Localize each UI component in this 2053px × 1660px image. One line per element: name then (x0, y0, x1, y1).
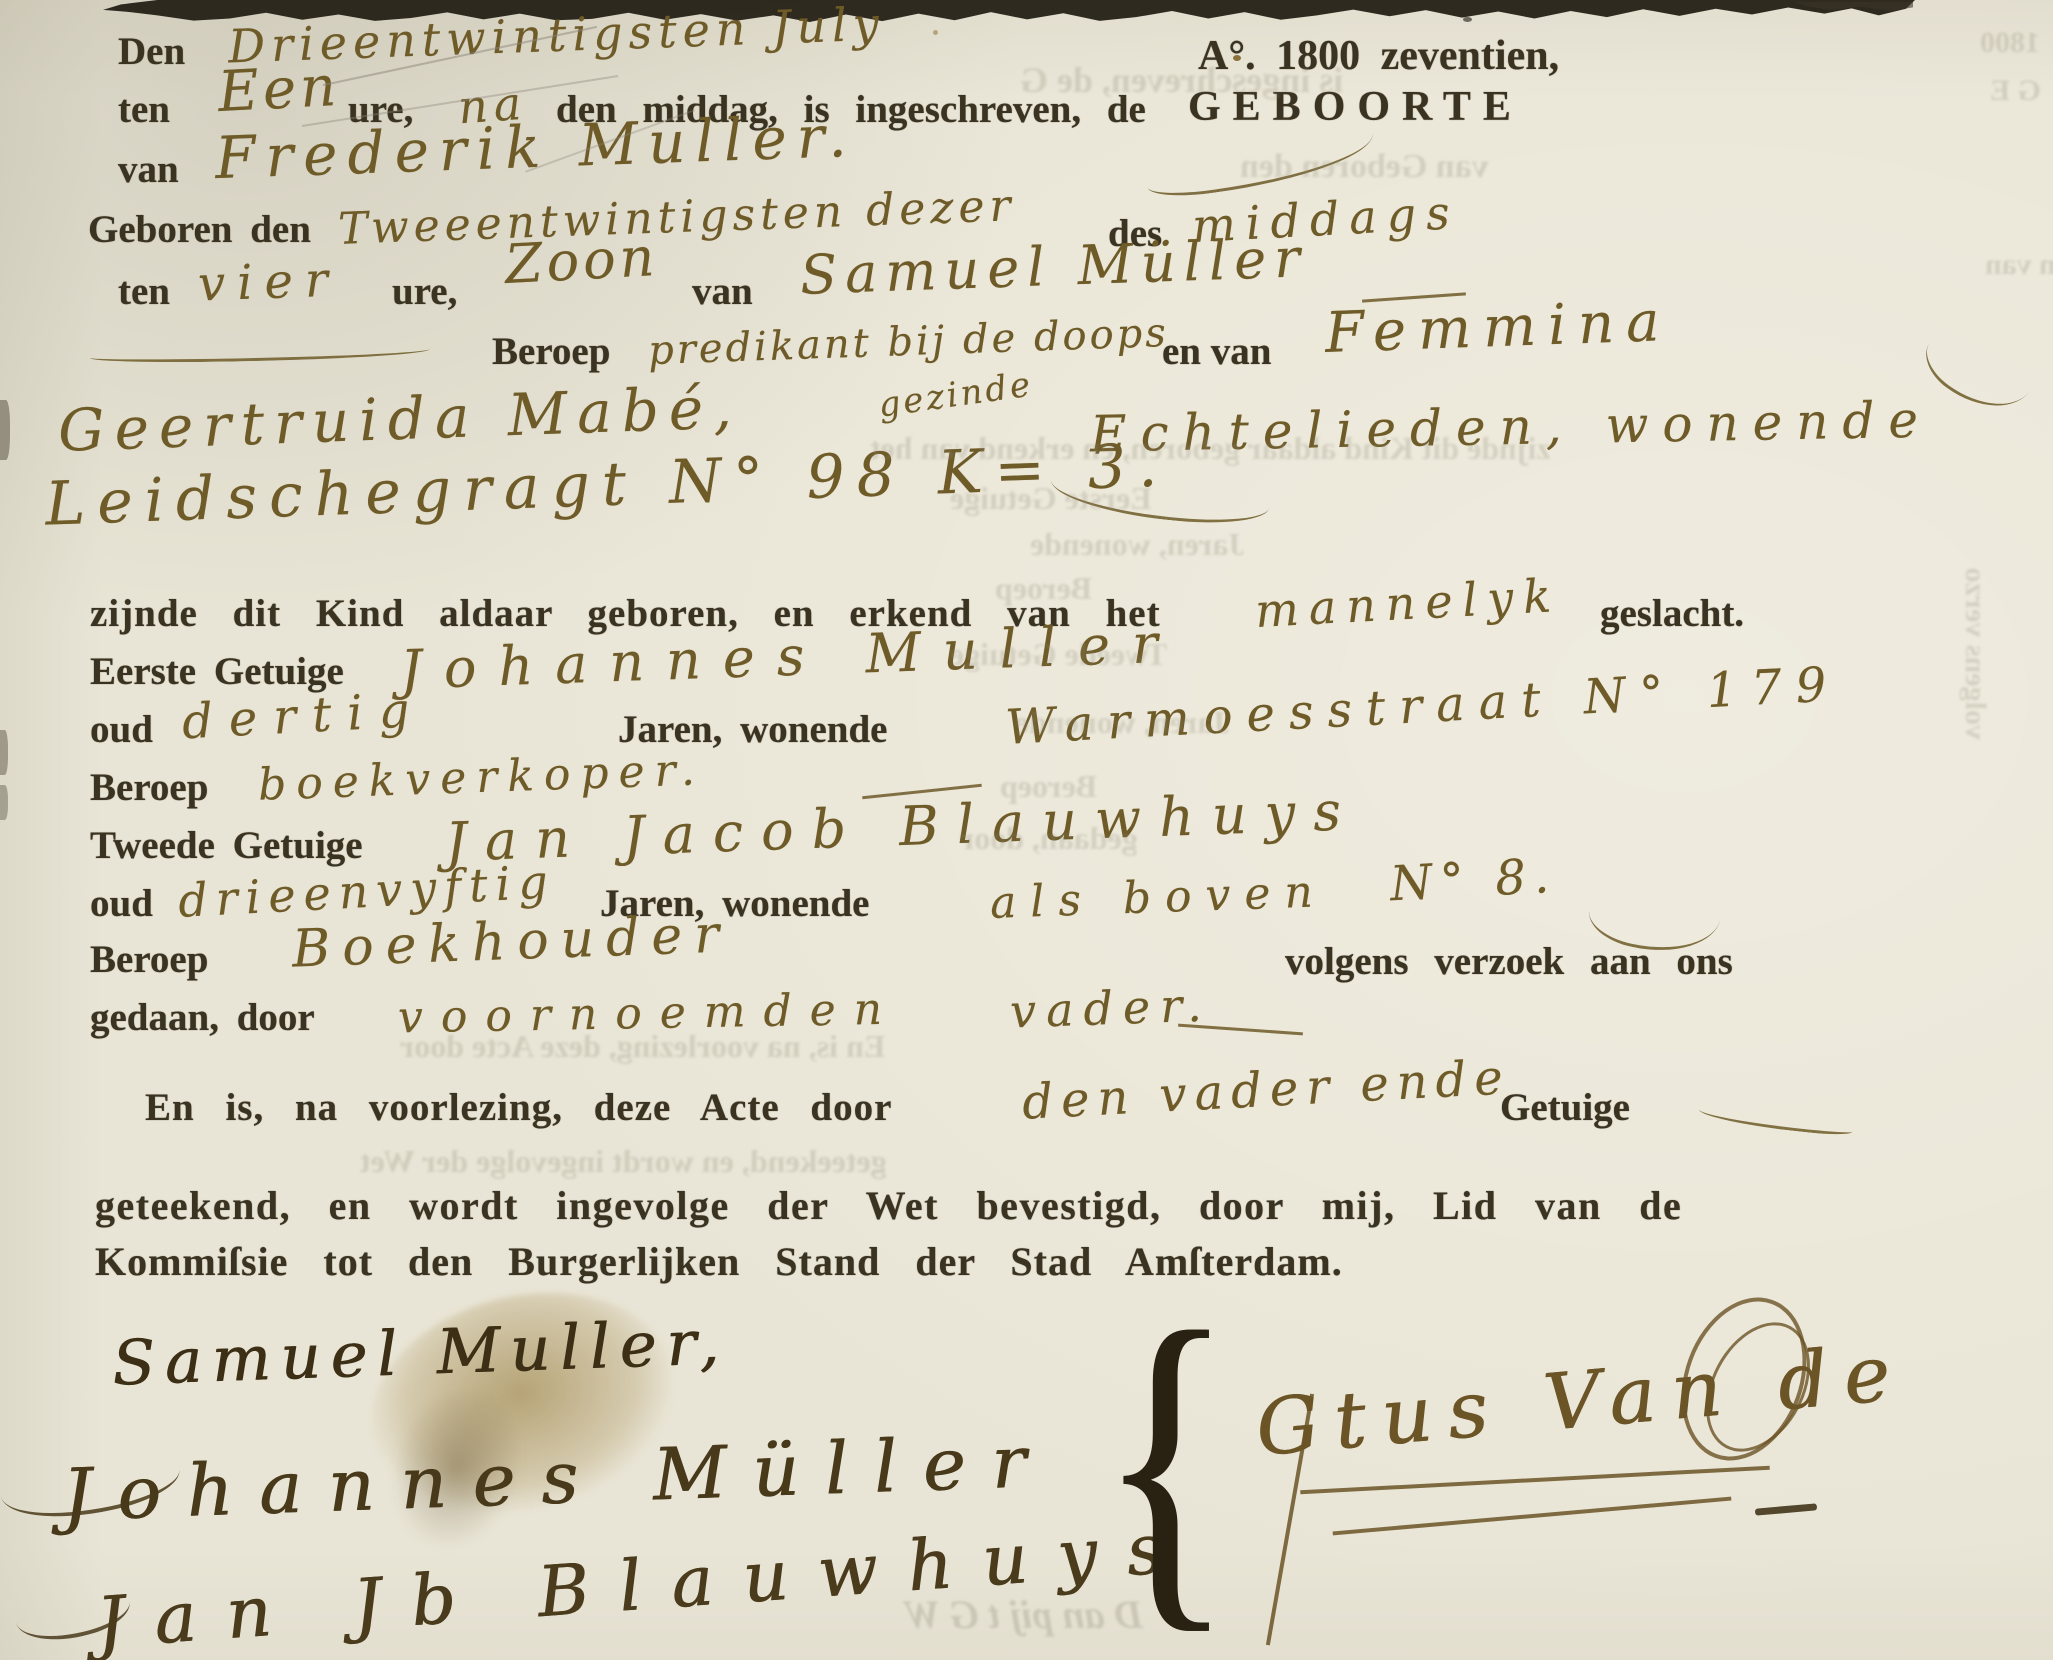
ink-speck (1463, 17, 1472, 22)
handwritten-registration-hour: Een (217, 59, 342, 121)
pen-stroke-official-tick (1755, 1503, 1817, 1515)
printed-label-oud2: oud (90, 884, 153, 923)
handwritten-witness2-beroep: Boekhouder (291, 908, 732, 975)
handwritten-witness2-address: als boven (989, 870, 1327, 926)
printed-label-gedaan-door: gedaan, door (90, 998, 315, 1037)
scan-edge-mark (0, 730, 8, 775)
printed-getuige: Getuige (1500, 1088, 1630, 1127)
document-page: Den Drieentwintigsten July A°. 1800 zeve… (0, 0, 2053, 1660)
handwritten-father-beroep-interlined: gezinde (876, 367, 1035, 422)
bleedthrough-text: Eerste Getuige (950, 482, 1152, 514)
handwritten-sex: mannelyk (1254, 572, 1562, 634)
bleedthrough-text: 1800 (1980, 28, 2040, 58)
handwritten-mother-first-name: Femmina (1324, 294, 1672, 362)
bleedthrough-text: Beroep (995, 572, 1092, 604)
bleedthrough-text: Beroep (1000, 770, 1097, 802)
printed-label-van: van (118, 150, 179, 189)
bleedthrough-text: Jaren, wonende (1015, 706, 1230, 738)
printed-label-eerste-getuige: Eerste Getuige (90, 652, 344, 691)
printed-label-beroep2: Beroep (90, 768, 208, 807)
bleedthrough-text: geteekend, en wordt ingevolge der Wet (360, 1145, 887, 1177)
printed-volgens-verzoek: volgens verzoek aan ons (1285, 942, 1733, 981)
bleedthrough-text: zijnde dit Kind aldaar geboren, en erken… (870, 432, 1551, 464)
ink-speck (933, 30, 938, 35)
handwritten-zoon: Zoon (504, 230, 660, 292)
printed-label-van2: van (692, 272, 753, 311)
handwritten-father-name: Samuel Müller (799, 231, 1309, 303)
handwritten-father-beroep: predikant bij de doops (647, 313, 1169, 371)
printed-label-oud: oud (90, 710, 153, 749)
bleedthrough-text: Tweede Getuige (950, 638, 1167, 670)
bleedthrough-text: D an pij t G W (905, 1595, 1143, 1635)
handwritten-witness1-age: dertig (181, 686, 427, 747)
handwritten-witness1-beroep: boekverkoper. (257, 748, 705, 808)
signature-witness1: Johannes Müller (61, 1425, 1053, 1532)
bleedthrough-text: En is, na voorlezing, deze Acte door (400, 1030, 885, 1062)
printed-geslacht: geslacht. (1600, 594, 1744, 633)
ink-speck (1233, 55, 1241, 61)
printed-label-den: Den (118, 32, 185, 71)
pen-stroke-filler (90, 343, 430, 364)
printed-label-ten: ten (118, 90, 170, 129)
printed-label-tweede-getuige: Tweede Getuige (90, 826, 363, 865)
handwritten-birth-hour: vier (197, 256, 340, 309)
printed-geteekend-line: geteekend, en wordt ingevolge der Wet be… (95, 1186, 1682, 1226)
printed-label-beroep: Beroep (492, 332, 610, 371)
bleedthrough-text: is ingeschreven, de G (1020, 62, 1343, 98)
handwritten-mother-rest-name: Geertruida Mabé, (57, 378, 742, 460)
handwritten-witness2-housenumber: N° 8. (1389, 852, 1558, 909)
printed-label-ure2: ure, (392, 272, 457, 311)
pen-stroke-wonende-tail (1914, 305, 2046, 428)
bleedthrough-text: van Geboren den (1240, 150, 1489, 184)
handwritten-acte-door: den vader ende (1021, 1053, 1512, 1127)
bleedthrough-text: gedaan, door (960, 822, 1138, 854)
scan-edge-mark (0, 785, 8, 820)
pen-stroke-official-underline-2 (1333, 1497, 1732, 1536)
printed-en-is-line: En is, na voorlezing, deze Acte door (145, 1088, 892, 1127)
pen-stroke-official-underline-1 (1300, 1466, 1770, 1495)
bleedthrough-text: volgens verzo (1960, 568, 1990, 740)
bleedthrough-text: Jaren, wonende (1030, 528, 1245, 560)
bleedthrough-text: en van (1985, 250, 2053, 280)
printed-label-beroep3: Beroep (90, 940, 208, 979)
printed-label-en-van: en van (1162, 332, 1271, 371)
signature-official: Gtus Van de (1253, 1334, 1909, 1468)
scan-edge-mark (0, 400, 10, 460)
printed-label-geboren-den: Geboren den (88, 210, 311, 249)
printed-label-ten2: ten (118, 272, 170, 311)
brace-glyph: { (1098, 1278, 1232, 1642)
bleedthrough-text: G E (1990, 76, 2041, 106)
printed-label-jaren-wonende: Jaren, wonende (618, 710, 887, 749)
pen-stroke-after-getuige (1698, 1104, 1854, 1137)
